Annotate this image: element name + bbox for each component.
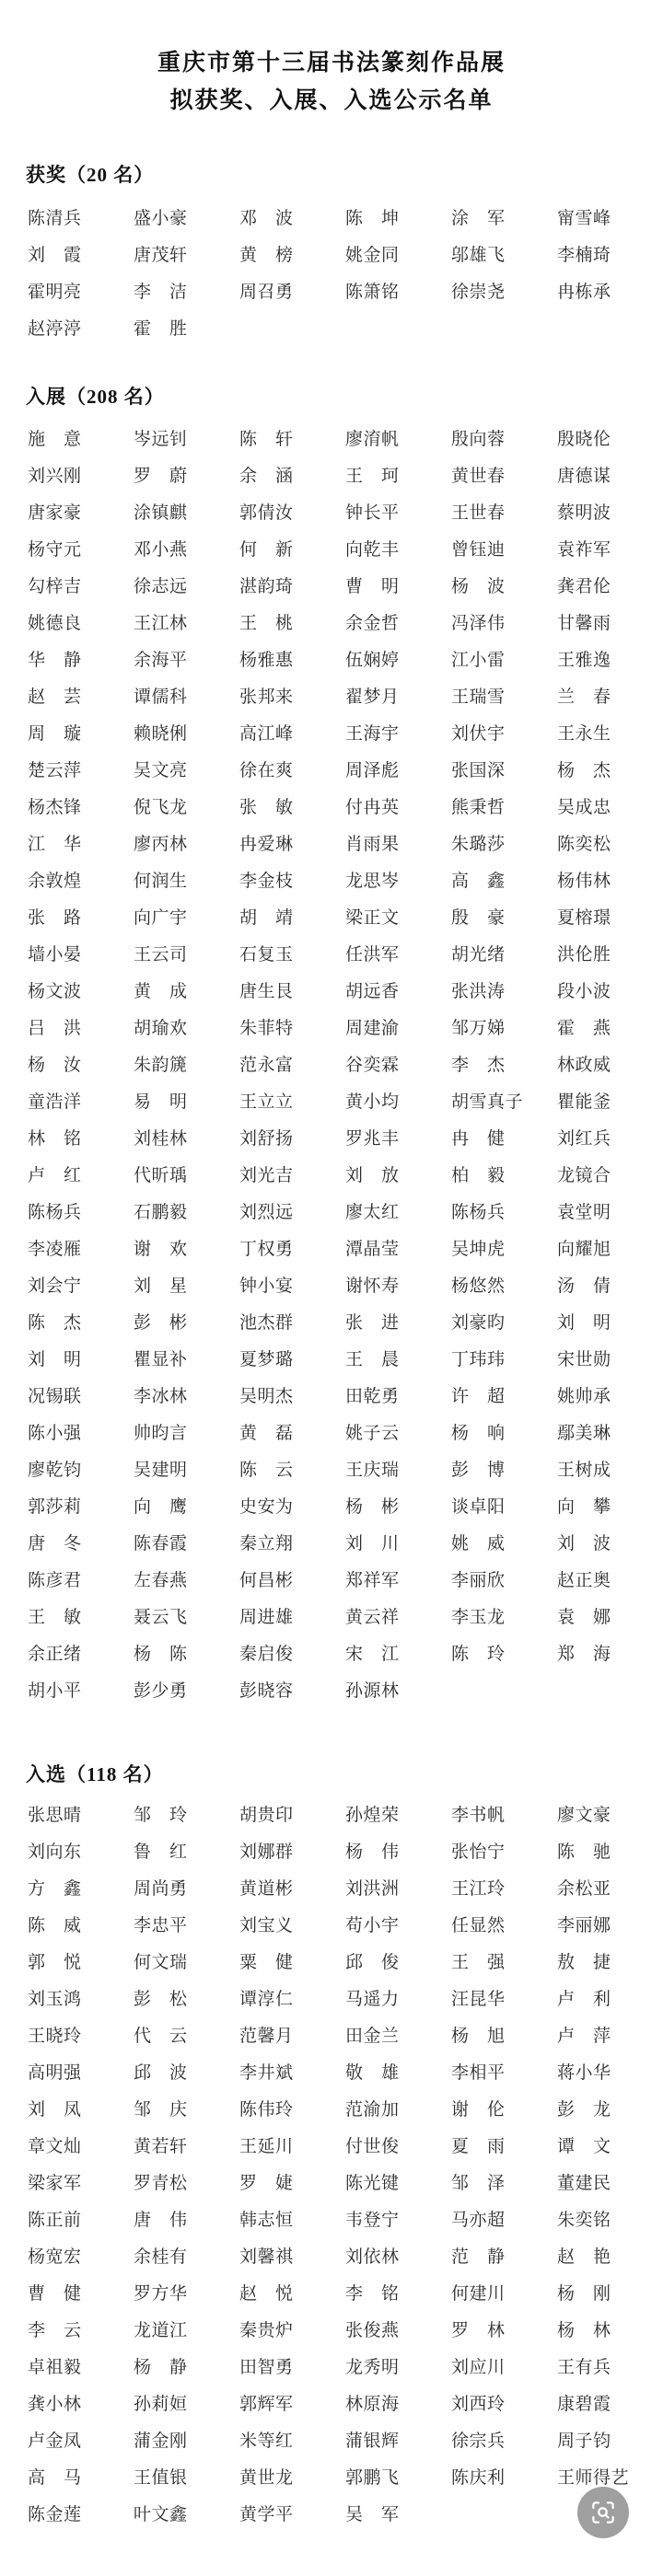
- person-name: 黄世龙: [239, 2468, 345, 2489]
- person-name: 殷晓伦: [557, 430, 663, 450]
- person-name: 代云: [134, 2027, 187, 2047]
- person-name: 周泽彪: [345, 761, 451, 781]
- person-name: 郭鹏飞: [345, 2468, 451, 2489]
- person-name: 余金哲: [345, 614, 451, 634]
- person-name: 何文瑞: [134, 1953, 239, 1973]
- person-name: 张俊燕: [345, 2321, 451, 2341]
- person-name: 王敏: [28, 1608, 81, 1628]
- person-name: 胡光绪: [451, 945, 557, 965]
- person-name: 谭儒科: [134, 687, 239, 708]
- person-name: 邹泽: [451, 2174, 505, 2194]
- person-name: 付冉英: [345, 798, 451, 818]
- person-name: 易明: [134, 1092, 187, 1113]
- person-name: 王永生: [557, 724, 663, 745]
- person-name: 汪昆华: [451, 1990, 557, 2010]
- person-name: 粟健: [239, 1953, 293, 1973]
- person-name: 甘馨雨: [557, 614, 663, 634]
- person-name: 李丽欣: [451, 1571, 557, 1591]
- person-name: 池杰群: [239, 1313, 345, 1334]
- person-name: 王海宇: [345, 724, 451, 745]
- person-name: 廖淯帆: [345, 430, 451, 450]
- person-name: 吴军: [345, 2505, 399, 2525]
- person-name: 刘舒扬: [239, 1129, 345, 1149]
- person-name: 胡雪真子: [451, 1092, 557, 1113]
- person-name: 洪伦胜: [557, 945, 663, 965]
- person-name: 周子钧: [557, 2432, 663, 2452]
- person-name: 李相平: [451, 2063, 557, 2084]
- person-name: 李云: [28, 2321, 81, 2341]
- person-name: 梁家军: [28, 2174, 134, 2194]
- person-name: 刘波: [557, 1534, 611, 1554]
- person-name: 王珂: [345, 467, 399, 487]
- person-name: 杨杰锋: [28, 798, 134, 818]
- person-name: 陈彦君: [28, 1571, 134, 1591]
- person-name: 龙镜合: [557, 1166, 663, 1186]
- person-name: 高鑫: [451, 872, 505, 892]
- person-name: 孙源林: [345, 1681, 451, 1702]
- person-name: 宋世勋: [557, 1350, 663, 1370]
- person-name: 刘洪洲: [345, 1879, 451, 1900]
- person-name: 孙煌荣: [345, 1806, 451, 1826]
- document-title-line2: 拟获奖、入展、入选公示名单: [0, 82, 663, 120]
- person-name: 董建民: [557, 2174, 663, 2194]
- person-name: 杨宽宏: [28, 2247, 134, 2268]
- person-name: 冯泽伟: [451, 614, 557, 634]
- person-name: 伍娴婷: [345, 651, 451, 671]
- person-name: 童浩洋: [28, 1092, 134, 1113]
- person-name: 谈卓阳: [451, 1497, 557, 1518]
- person-name: 高明强: [28, 2063, 134, 2084]
- person-name: 邹万娣: [451, 1019, 557, 1039]
- person-name: 陈驰: [557, 1842, 611, 1863]
- person-name: 谢欢: [134, 1240, 187, 1260]
- person-name: 田金兰: [345, 2027, 451, 2047]
- section-heading-exhibited: 入展（208 名）: [26, 385, 663, 410]
- person-name: 田智勇: [239, 2358, 345, 2378]
- person-name: 胡小平: [28, 1681, 134, 1702]
- person-name: 罗青松: [134, 2174, 239, 2194]
- person-name: 唐德谋: [557, 467, 663, 487]
- person-name: 吴成忠: [557, 798, 663, 818]
- person-name: 向乾丰: [345, 540, 451, 560]
- person-name: 盛小豪: [134, 209, 239, 229]
- person-name: 陈杨兵: [451, 1203, 557, 1223]
- person-name: 唐茂轩: [134, 246, 239, 266]
- person-name: 向攀: [557, 1497, 611, 1518]
- person-name: 黄云祥: [345, 1608, 451, 1628]
- person-name: 李冰林: [134, 1387, 239, 1407]
- image-search-button[interactable]: [577, 2487, 629, 2538]
- person-name: 邱俊: [345, 1953, 399, 1973]
- person-name: 敖捷: [557, 1953, 611, 1973]
- person-name: 施意: [28, 430, 81, 450]
- person-name: 杨旭: [451, 2027, 505, 2047]
- person-name: 龙秀明: [345, 2358, 451, 2378]
- person-name: 杨伟林: [557, 872, 663, 892]
- person-name: 卢利: [557, 1990, 611, 2010]
- name-grid-award: 陈清兵盛小豪邓波陈坤涂军甯雪峰刘霞唐茂轩黄榜姚金同邬雄飞李楠琦霍明亮李洁周召勇陈…: [28, 201, 663, 348]
- person-name: 梁正文: [345, 908, 451, 929]
- person-name: 何昌彬: [239, 1571, 345, 1591]
- person-name: 任显然: [451, 1916, 557, 1936]
- person-name: 陈光键: [345, 2174, 451, 2194]
- person-name: 陈清兵: [28, 209, 134, 229]
- person-name: 钟长平: [345, 503, 451, 524]
- person-name: 李楠琦: [557, 246, 663, 266]
- person-name: 方鑫: [28, 1879, 81, 1900]
- person-name: 鲁红: [134, 1842, 187, 1863]
- person-name: 曾钰迪: [451, 540, 557, 560]
- person-name: 付世俊: [345, 2137, 451, 2157]
- person-name: 丁玮玮: [451, 1350, 557, 1370]
- person-name: 廖太红: [345, 1203, 451, 1223]
- person-name: 杨刚: [557, 2284, 611, 2305]
- person-name: 刘霞: [28, 246, 81, 266]
- person-name: 陈正前: [28, 2211, 134, 2231]
- person-name: 罗婕: [239, 2174, 293, 2194]
- document-title-line1: 重庆市第十三届书法篆刻作品展: [0, 44, 663, 82]
- person-name: 徐宗兵: [451, 2432, 557, 2452]
- person-name: 瞿显补: [134, 1350, 239, 1370]
- person-name: 廖丙林: [134, 835, 239, 855]
- person-name: 陈威: [28, 1916, 81, 1936]
- person-name: 吴文亮: [134, 761, 239, 781]
- person-name: 王树成: [557, 1461, 663, 1481]
- person-name: 陈坤: [345, 209, 399, 229]
- person-name: 田乾勇: [345, 1387, 451, 1407]
- person-name: 唐家豪: [28, 503, 134, 524]
- lens-search-icon: [589, 2499, 617, 2526]
- person-name: 高江峰: [239, 724, 345, 745]
- person-name: 夏榕璟: [557, 908, 663, 929]
- person-name: 江华: [28, 835, 81, 855]
- person-name: 黄榜: [239, 246, 293, 266]
- person-name: 刘应川: [451, 2358, 557, 2378]
- person-name: 章文灿: [28, 2137, 134, 2157]
- person-name: 左春燕: [134, 1571, 239, 1591]
- person-name: 刘星: [134, 1276, 187, 1297]
- person-name: 向鹰: [134, 1497, 187, 1518]
- person-name: 杨杰: [557, 761, 611, 781]
- person-name: 陈金莲: [28, 2505, 134, 2525]
- person-name: 罗兆丰: [345, 1129, 451, 1149]
- person-name: 朱奕铭: [557, 2211, 663, 2231]
- person-name: 岑远钊: [134, 430, 239, 450]
- person-name: 周璇: [28, 724, 81, 745]
- person-name: 陈庆利: [451, 2468, 557, 2489]
- person-name: 代昕瑀: [134, 1166, 239, 1186]
- person-name: 石鹏毅: [134, 1203, 239, 1223]
- person-name: 许超: [451, 1387, 505, 1407]
- person-name: 高马: [28, 2468, 81, 2489]
- person-name: 涂镇麒: [134, 503, 239, 524]
- name-grid-selected: 张思晴邹玲胡贵印孙煌荣李书帆廖文豪刘向东鲁红刘娜群杨伟张怡宁陈驰方鑫周尚勇黄道彬…: [28, 1797, 663, 2534]
- person-name: 罗方华: [134, 2284, 239, 2305]
- person-name: 胡靖: [239, 908, 293, 929]
- person-name: 张怡宁: [451, 1842, 557, 1863]
- person-name: 刘依林: [345, 2247, 451, 2268]
- person-name: 黄若轩: [134, 2137, 239, 2157]
- person-name: 周进雄: [239, 1608, 345, 1628]
- person-name: 夏梦璐: [239, 1350, 345, 1370]
- person-name: 丁权勇: [239, 1240, 345, 1260]
- person-name: 陈云: [239, 1461, 293, 1481]
- person-name: 邓波: [239, 209, 293, 229]
- person-name: 刘会宁: [28, 1276, 134, 1297]
- person-name: 黄小均: [345, 1092, 451, 1113]
- person-name: 刘馨祺: [239, 2247, 345, 2268]
- person-name: 徐崇尧: [451, 283, 557, 303]
- person-name: 刘放: [345, 1166, 399, 1186]
- person-name: 赖晓俐: [134, 724, 239, 745]
- person-name: 杨文波: [28, 982, 134, 1002]
- person-name: 彭彬: [134, 1313, 187, 1334]
- person-name: 王强: [451, 1953, 505, 1973]
- person-name: 张邦来: [239, 687, 345, 708]
- person-name: 范永富: [239, 1056, 345, 1076]
- person-name: 王瑞雪: [451, 687, 557, 708]
- person-name: 廖文豪: [557, 1806, 663, 1826]
- person-name: 谢怀寿: [345, 1276, 451, 1297]
- person-name: 唐冬: [28, 1534, 81, 1554]
- person-name: 彭少勇: [134, 1681, 239, 1702]
- person-name: 李书帆: [451, 1806, 557, 1826]
- person-name: 刘西玲: [451, 2395, 557, 2415]
- person-name: 杨彬: [345, 1497, 399, 1518]
- person-name: 刘兴刚: [28, 467, 134, 487]
- person-name: 王师得艺: [557, 2468, 663, 2489]
- person-name: 王雅逸: [557, 651, 663, 671]
- person-name: 吴坤虎: [451, 1240, 557, 1260]
- person-name: 华静: [28, 651, 81, 671]
- person-name: 汤倩: [557, 1276, 611, 1297]
- person-name: 殷豪: [451, 908, 505, 929]
- person-name: 秦立翔: [239, 1534, 345, 1554]
- person-name: 刘玉鸿: [28, 1990, 134, 2010]
- person-name: 赵芸: [28, 687, 81, 708]
- section-heading-award: 获奖（20 名）: [26, 163, 663, 188]
- person-name: 刘宝义: [239, 1916, 345, 1936]
- person-name: 张洪涛: [451, 982, 557, 1002]
- person-name: 王庆瑞: [345, 1461, 451, 1481]
- person-name: 徐志远: [134, 577, 239, 597]
- person-name: 李凌雁: [28, 1240, 134, 1260]
- person-name: 韦登宁: [345, 2211, 451, 2231]
- person-name: 肖雨果: [345, 835, 451, 855]
- person-name: 谭文: [557, 2137, 611, 2157]
- person-name: 王晨: [345, 1350, 399, 1370]
- person-name: 何建川: [451, 2284, 557, 2305]
- person-name: 苟小宇: [345, 1916, 451, 1936]
- person-name: 邹庆: [134, 2100, 187, 2120]
- person-name: 张路: [28, 908, 81, 929]
- person-name: 刘川: [345, 1534, 399, 1554]
- person-name: 冉健: [451, 1129, 505, 1149]
- person-name: 蒲金刚: [134, 2432, 239, 2452]
- person-name: 郭辉军: [239, 2395, 345, 2415]
- person-name: 余海平: [134, 651, 239, 671]
- person-name: 黄学平: [239, 2505, 345, 2525]
- person-name: 陈奕松: [557, 835, 663, 855]
- person-name: 冉爱琳: [239, 835, 345, 855]
- person-name: 米等红: [239, 2432, 345, 2452]
- person-name: 刘明: [557, 1313, 611, 1334]
- person-name: 王延川: [239, 2137, 345, 2157]
- person-name: 李丽娜: [557, 1916, 663, 1936]
- person-name: 陈箫铭: [345, 283, 451, 303]
- person-name: 姚德良: [28, 614, 134, 634]
- person-name: 石复玉: [239, 945, 345, 965]
- person-name: 彭博: [451, 1461, 505, 1481]
- person-name: 蒋小华: [557, 2063, 663, 2084]
- person-name: 朱菲特: [239, 1019, 345, 1039]
- person-name: 周建渝: [345, 1019, 451, 1039]
- person-name: 余敦煌: [28, 872, 134, 892]
- person-name: 刘豪昀: [451, 1313, 557, 1334]
- person-name: 何新: [239, 540, 293, 560]
- person-name: 杨陈: [134, 1645, 187, 1665]
- person-name: 姚帅承: [557, 1387, 663, 1407]
- person-name: 杨波: [451, 577, 505, 597]
- person-name: 余松亚: [557, 1879, 663, 1900]
- person-name: 卢萍: [557, 2027, 611, 2047]
- person-name: 夏雨: [451, 2137, 505, 2157]
- person-name: 李忠平: [134, 1916, 239, 1936]
- person-name: 范渝加: [345, 2100, 451, 2120]
- person-name: 朱韵篪: [134, 1056, 239, 1076]
- person-name: 刘娜群: [239, 1842, 345, 1863]
- person-name: 袁祚军: [557, 540, 663, 560]
- person-name: 霍胜: [134, 319, 187, 340]
- person-name: 王江玲: [451, 1879, 557, 1900]
- person-name: 余桂有: [134, 2247, 239, 2268]
- person-name: 郭悦: [28, 1953, 81, 1973]
- person-name: 彭晓容: [239, 1681, 345, 1702]
- person-name: 冉栋承: [557, 283, 663, 303]
- person-name: 秦启俊: [239, 1645, 345, 1665]
- person-name: 徐在爽: [239, 761, 345, 781]
- name-grid-exhibited: 施意岑远钊陈轩廖淯帆殷向蓉殷晓伦刘兴刚罗蔚余涵王珂黄世春唐德谋唐家豪涂镇麒郭倩汝…: [28, 422, 663, 1710]
- person-name: 刘桂林: [134, 1129, 239, 1149]
- person-name: 李玉龙: [451, 1608, 557, 1628]
- person-name: 陈轩: [239, 430, 293, 450]
- person-name: 范静: [451, 2247, 505, 2268]
- person-name: 廖乾钧: [28, 1461, 134, 1481]
- person-name: 谢伦: [451, 2100, 505, 2120]
- person-name: 林政威: [557, 1056, 663, 1076]
- person-name: 陈春霞: [134, 1534, 239, 1554]
- person-name: 姚威: [451, 1534, 505, 1554]
- person-name: 罗林: [451, 2321, 505, 2341]
- person-name: 刘烈远: [239, 1203, 345, 1223]
- person-name: 霍燕: [557, 1019, 611, 1039]
- person-name: 赵渟渟: [28, 319, 134, 340]
- person-name: 段小波: [557, 982, 663, 1002]
- person-name: 杨守元: [28, 540, 134, 560]
- person-name: 帅昀言: [134, 1424, 239, 1444]
- person-name: 霍明亮: [28, 283, 134, 303]
- person-name: 韩志恒: [239, 2211, 345, 2231]
- person-name: 潭晶莹: [345, 1240, 451, 1260]
- person-name: 熊秉哲: [451, 798, 557, 818]
- person-name: 吴建明: [134, 1461, 239, 1481]
- person-name: 杨伟: [345, 1842, 399, 1863]
- person-name: 杨汝: [28, 1056, 81, 1076]
- person-name: 吕洪: [28, 1019, 81, 1039]
- person-name: 马亦超: [451, 2211, 557, 2231]
- person-name: 郭莎莉: [28, 1497, 134, 1518]
- person-name: 姚金同: [345, 246, 451, 266]
- person-name: 吴明杰: [239, 1387, 345, 1407]
- person-name: 王有兵: [557, 2358, 663, 2378]
- person-name: 姚子云: [345, 1424, 451, 1444]
- person-name: 杨雅惠: [239, 651, 345, 671]
- person-name: 陈杨兵: [28, 1203, 134, 1223]
- person-name: 涂军: [451, 209, 505, 229]
- person-name: 何润生: [134, 872, 239, 892]
- person-name: 卢红: [28, 1166, 81, 1186]
- person-name: 卓祖毅: [28, 2358, 134, 2378]
- person-name: 龚君伦: [557, 577, 663, 597]
- person-name: 李杰: [451, 1056, 505, 1076]
- person-name: 彭松: [134, 1990, 187, 2010]
- person-name: 王值银: [134, 2468, 239, 2489]
- person-name: 杨悠然: [451, 1276, 557, 1297]
- person-name: 宋江: [345, 1645, 399, 1665]
- person-name: 蔡明波: [557, 503, 663, 524]
- person-name: 陈玲: [451, 1645, 505, 1665]
- person-name: 袁娜: [557, 1608, 611, 1628]
- person-name: 赵艳: [557, 2247, 611, 2268]
- person-name: 倪飞龙: [134, 798, 239, 818]
- person-name: 秦贵炉: [239, 2321, 345, 2341]
- person-name: 刘明: [28, 1350, 81, 1370]
- person-name: 卢金凤: [28, 2432, 134, 2452]
- person-name: 王云司: [134, 945, 239, 965]
- person-name: 彭龙: [557, 2100, 611, 2120]
- person-name: 唐伟: [134, 2211, 187, 2231]
- person-name: 刘红兵: [557, 1129, 663, 1149]
- person-name: 张思晴: [28, 1806, 134, 1826]
- person-name: 袁堂明: [557, 1203, 663, 1223]
- person-name: 黄磊: [239, 1424, 293, 1444]
- person-name: 张敏: [239, 798, 293, 818]
- person-name: 林铭: [28, 1129, 81, 1149]
- person-name: 刘伏宇: [451, 724, 557, 745]
- person-name: 胡贵印: [239, 1806, 345, 1826]
- person-name: 况锡联: [28, 1387, 134, 1407]
- person-name: 叶文鑫: [134, 2505, 239, 2525]
- person-name: 刘凤: [28, 2100, 81, 2120]
- person-name: 翟梦月: [345, 687, 451, 708]
- person-name: 鄢美琳: [557, 1424, 663, 1444]
- person-name: 王世春: [451, 503, 557, 524]
- person-name: 邓小燕: [134, 540, 239, 560]
- person-name: 龚小林: [28, 2395, 134, 2415]
- person-name: 王桃: [239, 614, 293, 634]
- person-name: 周尚勇: [134, 1879, 239, 1900]
- person-name: 陈伟玲: [239, 2100, 345, 2120]
- person-name: 杨林: [557, 2321, 611, 2341]
- person-name: 张国深: [451, 761, 557, 781]
- person-name: 史安为: [239, 1497, 345, 1518]
- person-name: 康碧霞: [557, 2395, 663, 2415]
- person-name: 余涵: [239, 467, 293, 487]
- document-page: 重庆市第十三届书法篆刻作品展 拟获奖、入展、入选公示名单 获奖（20 名） 陈清…: [0, 0, 663, 2576]
- person-name: 勾梓吉: [28, 577, 134, 597]
- person-name: 李铭: [345, 2284, 399, 2305]
- person-name: 黄成: [134, 982, 187, 1002]
